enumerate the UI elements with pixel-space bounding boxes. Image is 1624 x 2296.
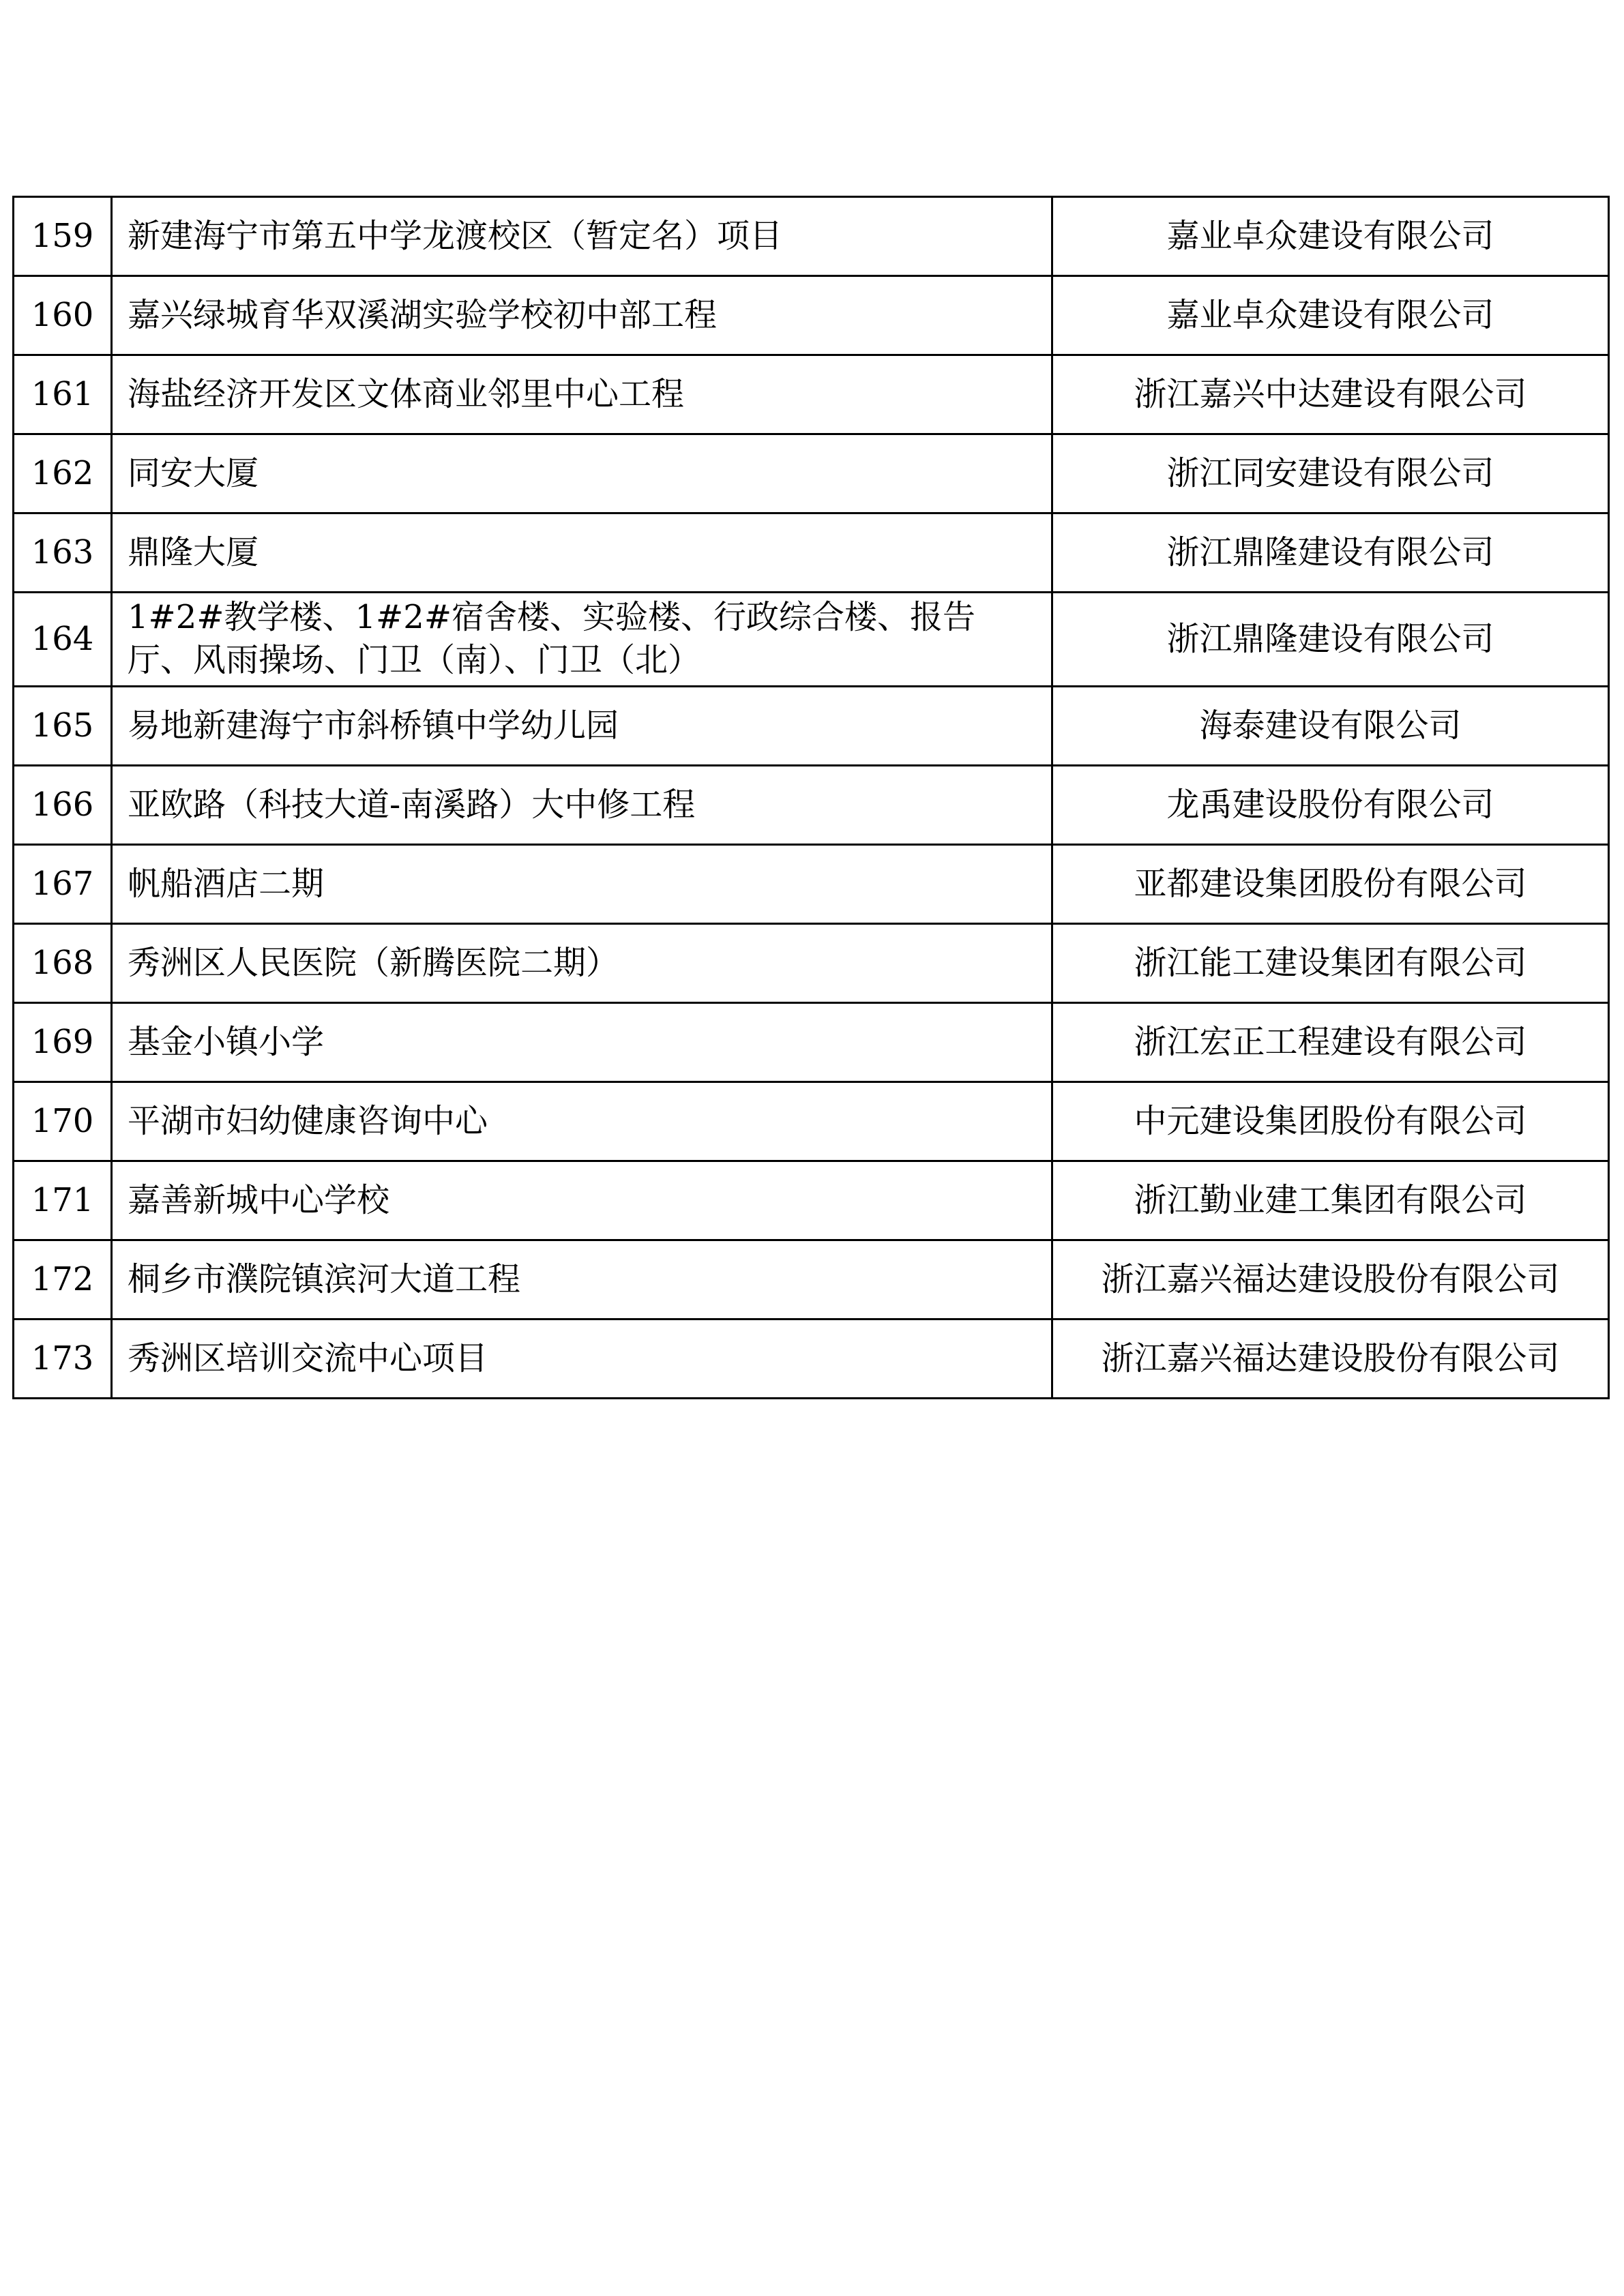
table-row: 171 嘉善新城中心学校 浙江勤业建工集团有限公司 [14,1161,1609,1240]
document-page: 159 新建海宁市第五中学龙渡校区（暂定名）项目 嘉业卓众建设有限公司 160 … [0,0,1624,2296]
project-name: 秀洲区培训交流中心项目 [112,1319,1052,1398]
company-name: 浙江嘉兴中达建设有限公司 [1052,355,1609,434]
row-number: 170 [14,1082,112,1161]
company-name: 浙江同安建设有限公司 [1052,434,1609,513]
company-name: 浙江鼎隆建设有限公司 [1052,513,1609,593]
company-name: 浙江宏正工程建设有限公司 [1052,1002,1609,1082]
company-name: 浙江嘉兴福达建设股份有限公司 [1052,1319,1609,1398]
row-number: 160 [14,276,112,355]
row-number: 171 [14,1161,112,1240]
company-name: 中元建设集团股份有限公司 [1052,1082,1609,1161]
company-name: 浙江嘉兴福达建设股份有限公司 [1052,1240,1609,1319]
table-row: 173 秀洲区培训交流中心项目 浙江嘉兴福达建设股份有限公司 [14,1319,1609,1398]
table-row: 162 同安大厦 浙江同安建设有限公司 [14,434,1609,513]
row-number: 163 [14,513,112,593]
project-name: 平湖市妇幼健康咨询中心 [112,1082,1052,1161]
row-number: 165 [14,686,112,765]
table-row: 168 秀洲区人民医院（新腾医院二期） 浙江能工建设集团有限公司 [14,923,1609,1002]
company-name: 浙江勤业建工集团有限公司 [1052,1161,1609,1240]
row-number: 167 [14,844,112,923]
row-number: 159 [14,197,112,276]
company-name: 嘉业卓众建设有限公司 [1052,276,1609,355]
project-name: 帆船酒店二期 [112,844,1052,923]
row-number: 164 [14,593,112,687]
project-name: 新建海宁市第五中学龙渡校区（暂定名）项目 [112,197,1052,276]
project-name: 基金小镇小学 [112,1002,1052,1082]
table-row: 159 新建海宁市第五中学龙渡校区（暂定名）项目 嘉业卓众建设有限公司 [14,197,1609,276]
company-name: 龙禹建设股份有限公司 [1052,765,1609,844]
row-number: 166 [14,765,112,844]
table-row: 160 嘉兴绿城育华双溪湖实验学校初中部工程 嘉业卓众建设有限公司 [14,276,1609,355]
table-row: 163 鼎隆大厦 浙江鼎隆建设有限公司 [14,513,1609,593]
row-number: 173 [14,1319,112,1398]
company-name: 亚都建设集团股份有限公司 [1052,844,1609,923]
project-name: 嘉兴绿城育华双溪湖实验学校初中部工程 [112,276,1052,355]
table-row: 169 基金小镇小学 浙江宏正工程建设有限公司 [14,1002,1609,1082]
table-row: 161 海盐经济开发区文体商业邻里中心工程 浙江嘉兴中达建设有限公司 [14,355,1609,434]
project-name: 同安大厦 [112,434,1052,513]
row-number: 162 [14,434,112,513]
company-name: 嘉业卓众建设有限公司 [1052,197,1609,276]
project-name: 嘉善新城中心学校 [112,1161,1052,1240]
company-name: 浙江鼎隆建设有限公司 [1052,593,1609,687]
project-name: 1#2#教学楼、1#2#宿舍楼、实验楼、行政综合楼、报告厅、风雨操场、门卫（南）… [112,593,1052,687]
table-row: 166 亚欧路（科技大道-南溪路）大中修工程 龙禹建设股份有限公司 [14,765,1609,844]
table-row: 172 桐乡市濮院镇滨河大道工程 浙江嘉兴福达建设股份有限公司 [14,1240,1609,1319]
row-number: 169 [14,1002,112,1082]
table-row: 167 帆船酒店二期 亚都建设集团股份有限公司 [14,844,1609,923]
project-name: 鼎隆大厦 [112,513,1052,593]
project-name: 亚欧路（科技大道-南溪路）大中修工程 [112,765,1052,844]
project-name: 桐乡市濮院镇滨河大道工程 [112,1240,1052,1319]
row-number: 168 [14,923,112,1002]
row-number: 161 [14,355,112,434]
table-row: 164 1#2#教学楼、1#2#宿舍楼、实验楼、行政综合楼、报告厅、风雨操场、门… [14,593,1609,687]
project-name: 秀洲区人民医院（新腾医院二期） [112,923,1052,1002]
row-number: 172 [14,1240,112,1319]
table-row: 165 易地新建海宁市斜桥镇中学幼儿园 海泰建设有限公司 [14,686,1609,765]
company-name: 海泰建设有限公司 [1052,686,1609,765]
project-name: 易地新建海宁市斜桥镇中学幼儿园 [112,686,1052,765]
project-company-table: 159 新建海宁市第五中学龙渡校区（暂定名）项目 嘉业卓众建设有限公司 160 … [12,196,1610,1399]
table-row: 170 平湖市妇幼健康咨询中心 中元建设集团股份有限公司 [14,1082,1609,1161]
company-name: 浙江能工建设集团有限公司 [1052,923,1609,1002]
project-name: 海盐经济开发区文体商业邻里中心工程 [112,355,1052,434]
